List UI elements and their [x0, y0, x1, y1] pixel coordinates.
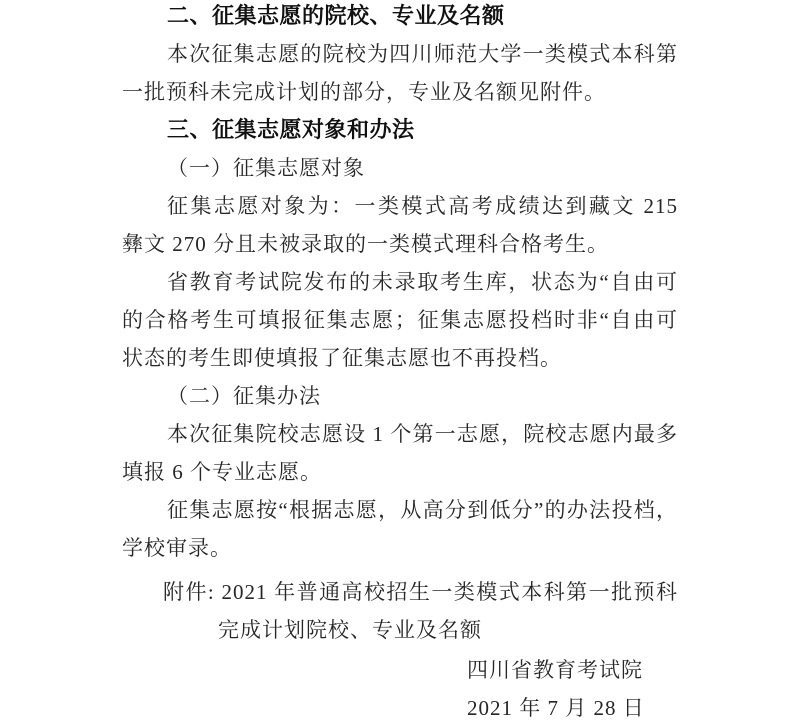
para-filing-line-2: 学校审录。 [122, 529, 678, 567]
signature-date: 2021 年 7 月 28 日 [467, 689, 678, 726]
attachment-block: 附件: 2021 年普通高校招生一类模式本科第一批预科未 完成计划院校、专业及名… [122, 573, 678, 649]
subheading-method: （二）征集办法 [122, 377, 678, 415]
para-objects-line-1: 征集志愿对象为：一类模式高考成绩达到藏文 215 分、 [122, 187, 678, 225]
attachment-line-1: 附件: 2021 年普通高校招生一类模式本科第一批预科未 [122, 573, 678, 611]
signature-issuer: 四川省教育考试院 [467, 651, 678, 689]
signature-block: 四川省教育考试院 2021 年 7 月 28 日 [467, 651, 678, 726]
subheading-objects: （一）征集志愿对象 [122, 149, 678, 187]
para-status-line-3: 状态的考生即使填报了征集志愿也不再投档。 [122, 339, 678, 377]
heading-section-3: 三、征集志愿对象和办法 [122, 111, 678, 149]
document-body: 二、征集志愿的院校、专业及名额 本次征集志愿的院校为四川师范大学一类模式本科第 … [122, 0, 678, 726]
para-school-line-1: 本次征集志愿的院校为四川师范大学一类模式本科第 [122, 35, 678, 73]
para-school-line-2: 一批预科未完成计划的部分，专业及名额见附件。 [122, 73, 678, 111]
para-method-line-2: 填报 6 个专业志愿。 [122, 453, 678, 491]
document-page: 二、征集志愿的院校、专业及名额 本次征集志愿的院校为四川师范大学一类模式本科第 … [0, 0, 800, 726]
para-status-line-1: 省教育考试院发布的未录取考生库，状态为“自由可投” [122, 263, 678, 301]
para-status-line-2: 的合格考生可填报征集志愿；征集志愿投档时非“自由可投” [122, 301, 678, 339]
attachment-line-2: 完成计划院校、专业及名额 [122, 611, 678, 649]
para-method-line-1: 本次征集院校志愿设 1 个第一志愿，院校志愿内最多可 [122, 415, 678, 453]
para-objects-line-2: 彝文 270 分且未被录取的一类模式理科合格考生。 [122, 225, 678, 263]
heading-section-2: 二、征集志愿的院校、专业及名额 [122, 0, 678, 35]
para-filing-line-1: 征集志愿按“根据志愿，从高分到低分”的办法投档，供 [122, 491, 678, 529]
